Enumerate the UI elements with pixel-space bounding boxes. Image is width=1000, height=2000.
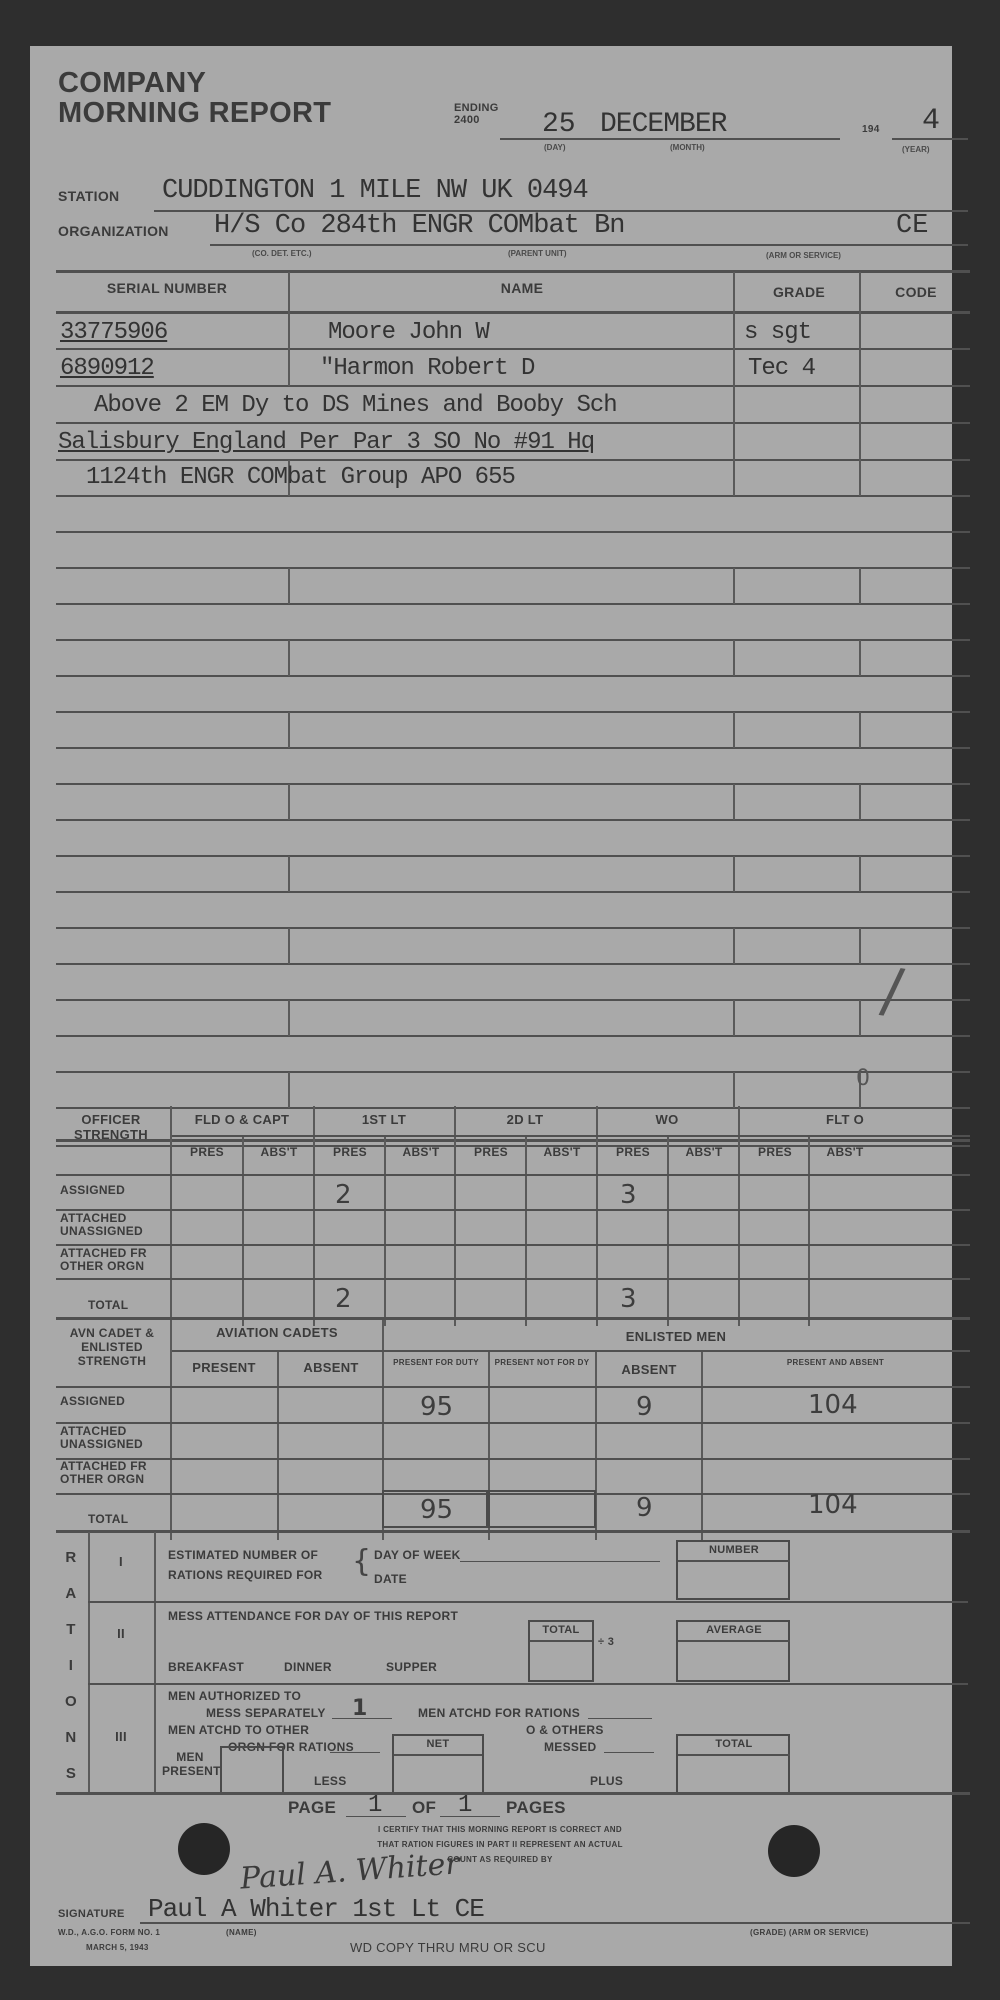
col-header-name: NAME xyxy=(280,280,764,296)
row-label-total: TOTAL xyxy=(88,1512,128,1526)
col-header-code: CODE xyxy=(864,284,968,300)
pencil-zero-mark: 0 xyxy=(856,1066,870,1091)
s3-men-atchd-other-label: MEN ATCHD TO OTHER xyxy=(168,1723,309,1737)
col-cadets-absent: ABSENT xyxy=(279,1360,383,1375)
remark-line-1: Above 2 EM Dy to DS Mines and Booby Sch xyxy=(94,392,617,419)
s3-net-label: NET xyxy=(394,1738,482,1750)
s2-supper-label: SUPPER xyxy=(386,1660,437,1674)
s3-total-label: TOTAL xyxy=(678,1738,790,1750)
section-iii-label: III xyxy=(90,1729,152,1744)
row-label-attached-unassigned: ATTACHED UNASSIGNED xyxy=(60,1425,160,1451)
punch-hole-left xyxy=(178,1823,230,1875)
officer-strength-title: OFFICER STRENGTH xyxy=(56,1112,166,1142)
others-messed-field xyxy=(604,1752,654,1753)
s3-mess-separately-label: MESS SEPARATELY xyxy=(206,1706,326,1720)
col-header-serial: SERIAL NUMBER xyxy=(56,280,278,296)
org-caption-company: (CO. DET. ETC.) xyxy=(252,249,312,258)
s2-total-label: TOTAL xyxy=(530,1624,592,1636)
group-2d-lt: 2D LT xyxy=(456,1112,594,1127)
brace-icon: { xyxy=(352,1544,371,1579)
s2-dinner-label: DINNER xyxy=(284,1660,332,1674)
s2-divide-by-3: ÷ 3 xyxy=(598,1636,614,1648)
soldier-grade-2: Tec 4 xyxy=(748,355,815,382)
row-label-attached-other: ATTACHED FR OTHER ORGN xyxy=(60,1247,160,1273)
year-caption: (YEAR) xyxy=(902,145,930,154)
s2-mess-attendance-label: MESS ATTENDANCE FOR DAY OF THIS REPORT xyxy=(168,1609,458,1623)
report-year: 4 xyxy=(922,104,940,138)
s1-day-of-week-label: DAY OF WEEK xyxy=(374,1548,461,1562)
row-label-assigned: ASSIGNED xyxy=(60,1394,125,1408)
rations-side-label: R A T I O N S xyxy=(56,1540,86,1792)
sub-abst: ABS'T xyxy=(810,1145,880,1159)
group-1st-lt: 1ST LT xyxy=(315,1112,453,1127)
organization-label: ORGANIZATION xyxy=(58,223,169,239)
soldier-grade-1: s sgt xyxy=(744,319,811,346)
roster-header-rule xyxy=(56,311,970,314)
s1-estimated-label: ESTIMATED NUMBER OF xyxy=(168,1548,318,1562)
org-caption-arm: (ARM OR SERVICE) xyxy=(766,251,841,260)
sub-abst: ABS'T xyxy=(669,1145,739,1159)
assigned-wo-pres: 3 xyxy=(620,1180,637,1210)
row-label-assigned: ASSIGNED xyxy=(60,1183,125,1197)
side-letter: S xyxy=(56,1756,86,1792)
orgn-rations-field xyxy=(330,1752,380,1753)
s1-number-label: NUMBER xyxy=(678,1544,790,1556)
group-enlisted-men: ENLISTED MEN xyxy=(384,1329,968,1344)
assigned-present-for-duty: 95 xyxy=(420,1392,453,1422)
s3-men-authorized-label: MEN AUTHORIZED TO xyxy=(168,1689,301,1703)
total-wo-pres: 3 xyxy=(620,1284,637,1314)
total-present-and-absent: 104 xyxy=(808,1490,858,1520)
year-underline xyxy=(892,138,968,140)
side-letter: N xyxy=(56,1720,86,1756)
morning-report-form: COMPANY MORNING REPORT ENDING 2400 25 DE… xyxy=(30,46,952,1966)
ending-label: ENDING 2400 xyxy=(454,102,499,126)
remark-line-2: Salisbury England Per Par 3 SO No #91 Hq xyxy=(58,429,594,456)
handwritten-signature: Paul A. Whiter xyxy=(239,1846,461,1896)
soldier-name-1: Moore John W xyxy=(328,319,489,346)
total-present-for-duty: 95 xyxy=(420,1495,453,1525)
page-number: 1 xyxy=(368,1792,382,1819)
total-absent: 9 xyxy=(636,1493,653,1523)
present-text: PRESENT xyxy=(162,1764,218,1778)
section-i-label: I xyxy=(90,1554,152,1569)
s3-mess-separately-value: 1 xyxy=(352,1696,367,1721)
organization-value: H/S Co 284th ENGR COMbat Bn xyxy=(214,211,624,241)
serial-number-1: 33775906 xyxy=(60,319,167,346)
s1-date-label: DATE xyxy=(374,1572,407,1586)
men-atchd-rations-field xyxy=(588,1718,652,1719)
pencil-tick-mark: / xyxy=(877,955,907,1027)
sub-pres: PRES xyxy=(598,1145,668,1159)
total-1st-lt-pres: 2 xyxy=(335,1284,352,1314)
certify-line-1: I CERTIFY THAT THIS MORNING REPORT IS CO… xyxy=(280,1822,720,1837)
page-label: PAGE xyxy=(288,1798,336,1818)
ending-hour: 2400 xyxy=(454,114,499,126)
sub-pres: PRES xyxy=(456,1145,526,1159)
form-title: COMPANY MORNING REPORT xyxy=(58,68,331,128)
sub-abst: ABS'T xyxy=(244,1145,314,1159)
signature-label: SIGNATURE xyxy=(58,1908,125,1920)
s3-o-others-label: O & OTHERS xyxy=(526,1723,604,1737)
day-caption: (DAY) xyxy=(544,143,565,152)
col-cadets-present: PRESENT xyxy=(172,1360,276,1375)
punch-hole-right xyxy=(768,1825,820,1877)
arm-or-service-value: CE xyxy=(896,211,928,241)
station-value: CUDDINGTON 1 MILE NW UK 0494 xyxy=(162,176,588,206)
title-line-1: COMPANY xyxy=(58,68,331,98)
s1-rations-required-label: RATIONS REQUIRED FOR xyxy=(168,1568,322,1582)
col-present-not-for-duty: PRESENT NOT FOR DY xyxy=(490,1357,594,1369)
org-caption-parent-unit: (PARENT UNIT) xyxy=(508,249,567,258)
name-caption: (NAME) xyxy=(226,1928,257,1937)
form-number: W.D., A.G.O. FORM NO. 1 xyxy=(58,1928,160,1937)
col-header-grade: GRADE xyxy=(736,284,862,300)
grade-caption: (GRADE) (ARM OR SERVICE) xyxy=(750,1928,869,1937)
sub-pres: PRES xyxy=(315,1145,385,1159)
side-letter: T xyxy=(56,1612,86,1648)
row-label-attached-other: ATTACHED FR OTHER ORGN xyxy=(60,1460,160,1486)
title-line-2: MORNING REPORT xyxy=(58,98,331,128)
of-label: OF xyxy=(412,1798,436,1818)
group-fld-o-capt: FLD O & CAPT xyxy=(172,1112,312,1127)
s3-men-present-label: MEN PRESENT xyxy=(162,1750,218,1778)
side-letter: I xyxy=(56,1648,86,1684)
day-of-week-field xyxy=(460,1561,660,1562)
remark-line-3: 1124th ENGR COMbat Group APO 655 xyxy=(86,464,515,491)
assigned-present-and-absent: 104 xyxy=(808,1390,858,1420)
certify-line-2: THAT RATION FIGURES IN PART II REPRESENT… xyxy=(280,1837,720,1852)
s2-average-label: AVERAGE xyxy=(678,1624,790,1636)
sub-abst: ABS'T xyxy=(386,1145,456,1159)
year-prefix: 194 xyxy=(862,124,880,135)
men-text: MEN xyxy=(162,1750,218,1764)
group-flt-o: FLT O xyxy=(740,1112,950,1127)
s3-men-present-box xyxy=(220,1746,284,1794)
total-present-not-for-duty-box xyxy=(488,1490,596,1528)
s3-messed-label: MESSED xyxy=(544,1740,596,1754)
sub-pres: PRES xyxy=(740,1145,810,1159)
copy-note: WD COPY THRU MRU OR SCU xyxy=(350,1940,546,1955)
section-ii-label: II xyxy=(90,1626,152,1641)
group-aviation-cadets: AVIATION CADETS xyxy=(172,1325,382,1340)
serial-number-2: 6890912 xyxy=(60,355,154,382)
s3-less-label: LESS xyxy=(314,1774,347,1788)
organization-underline xyxy=(210,244,968,246)
col-present-and-absent: PRESENT AND ABSENT xyxy=(703,1357,968,1369)
report-day: 25 xyxy=(542,109,576,140)
roster-top-rule xyxy=(56,270,970,273)
report-month: DECEMBER xyxy=(600,109,726,140)
row-label-total: TOTAL xyxy=(88,1298,128,1312)
month-caption: (MONTH) xyxy=(670,143,705,152)
soldier-name-2: "Harmon Robert D xyxy=(320,355,534,382)
sub-abst: ABS'T xyxy=(527,1145,597,1159)
side-letter: R xyxy=(56,1540,86,1576)
side-letter: O xyxy=(56,1684,86,1720)
col-em-absent: ABSENT xyxy=(597,1362,701,1377)
col-present-for-duty: PRESENT FOR DUTY xyxy=(384,1357,488,1369)
signature-name: Paul A Whiter 1st Lt CE xyxy=(148,1894,484,1924)
group-wo: WO xyxy=(598,1112,736,1127)
side-letter: A xyxy=(56,1576,86,1612)
station-label: STATION xyxy=(58,188,119,204)
row-label-attached-unassigned: ATTACHED UNASSIGNED xyxy=(60,1212,160,1238)
s3-plus-label: PLUS xyxy=(590,1774,623,1788)
assigned-1st-lt-pres: 2 xyxy=(335,1180,352,1210)
pages-label: PAGES xyxy=(506,1798,566,1818)
form-date: MARCH 5, 1943 xyxy=(86,1943,149,1952)
assigned-absent: 9 xyxy=(636,1392,653,1422)
s3-men-atchd-for-rations-label: MEN ATCHD FOR RATIONS xyxy=(418,1706,580,1720)
sub-pres: PRES xyxy=(172,1145,242,1159)
s2-breakfast-label: BREAKFAST xyxy=(168,1660,244,1674)
page-total: 1 xyxy=(458,1792,472,1819)
enlisted-strength-title: AVN CADET & ENLISTED STRENGTH xyxy=(56,1326,168,1368)
ending-text: ENDING xyxy=(454,102,499,114)
